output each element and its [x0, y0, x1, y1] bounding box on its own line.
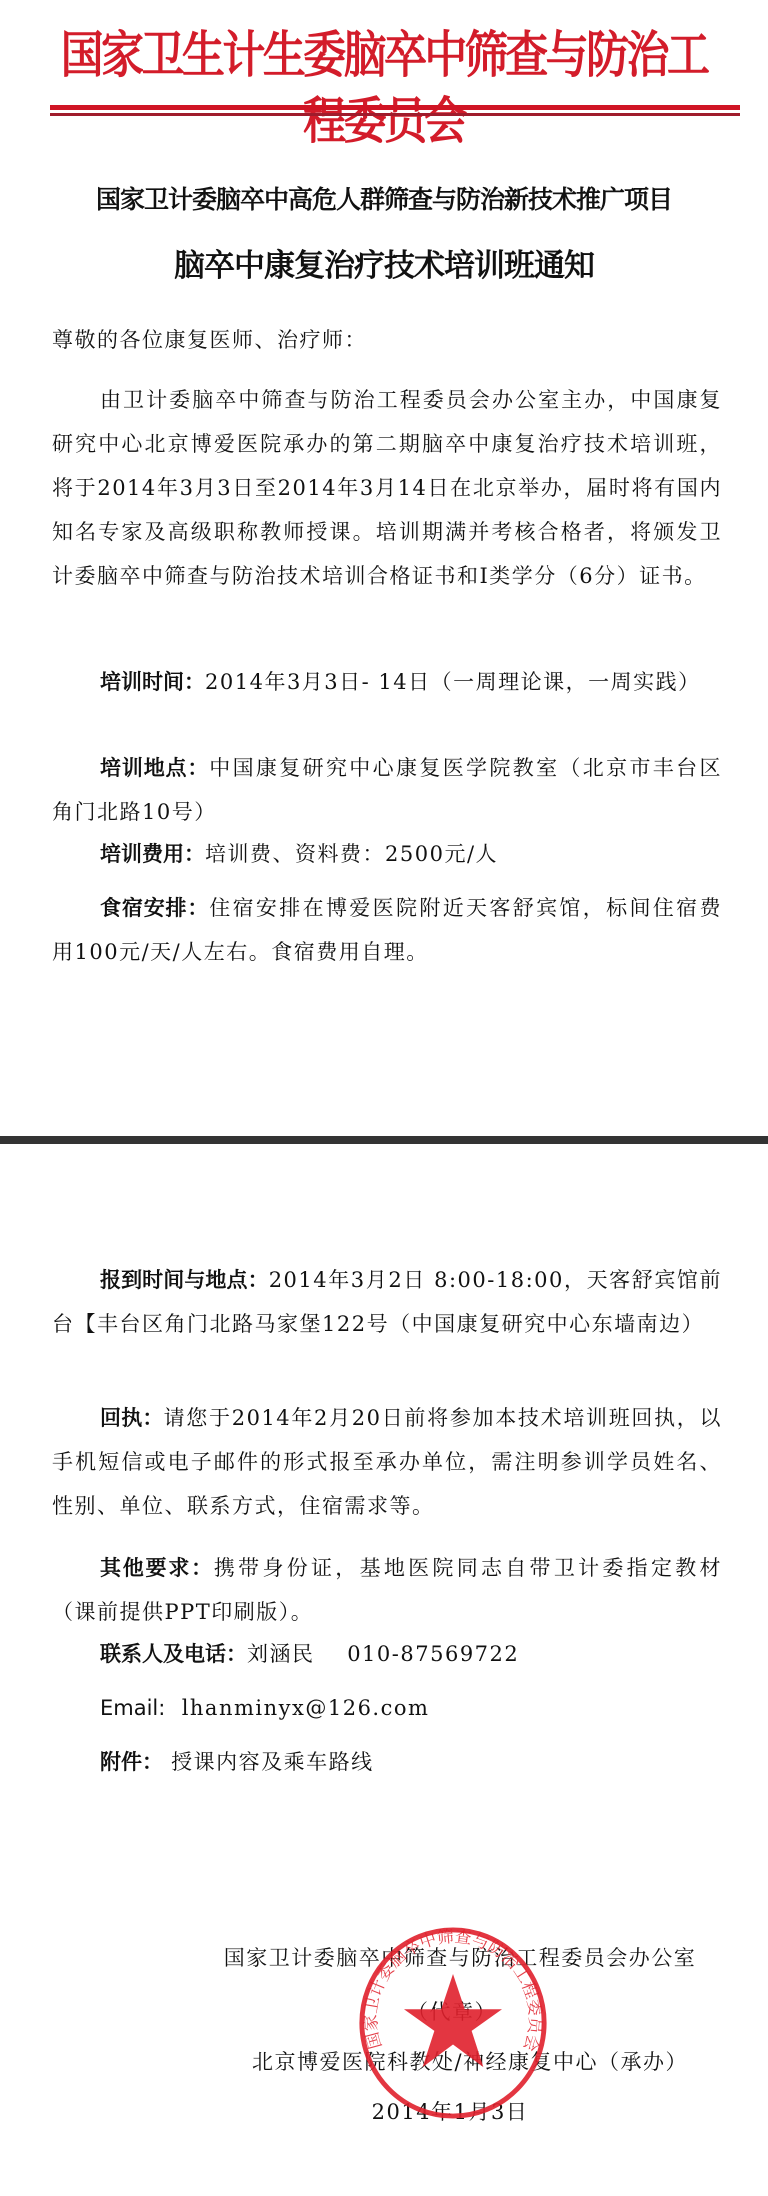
email-link[interactable]: lhanminyx@126.com: [165, 1696, 429, 1720]
item-accommodation: 食宿安排：住宿安排在博爱医院附近天客舒宾馆，标间住宿费用100元/天/人左右。食…: [52, 886, 722, 974]
masthead-rule-thin: [50, 113, 740, 116]
masthead-rule-thick: [50, 105, 740, 110]
item-label: 联系人及电话：: [100, 1642, 247, 1666]
item-value: 培训费、资料费：2500元/人: [205, 842, 498, 866]
item-training-location: 培训地点：中国康复研究中心康复医学院教室（北京市丰台区角门北路10号）: [52, 746, 722, 834]
notice-title: 脑卒中康复治疗技术培训班通知: [0, 240, 768, 285]
salutation: 尊敬的各位康复医师、治疗师：: [52, 318, 722, 362]
item-value: 刘涵民 010-87569722: [247, 1642, 519, 1666]
intro-paragraph: 由卫计委脑卒中筛查与防治工程委员会办公室主办，中国康复研究中心北京博爱医院承办的…: [52, 378, 722, 598]
item-training-time: 培训时间：2014年3月3日- 14日（一周理论课，一周实践）: [52, 660, 722, 704]
item-email: Email: lhanminyx@126.com: [52, 1686, 722, 1730]
item-receipt: 回执：请您于2014年2月20日前将参加本技术培训班回执，以手机短信或电子邮件的…: [52, 1396, 722, 1528]
item-label: Email:: [100, 1696, 165, 1720]
item-label: 报到时间与地点：: [100, 1268, 269, 1292]
item-label: 回执：: [100, 1406, 164, 1430]
item-value: 授课内容及乘车路线: [163, 1750, 374, 1774]
item-value: 2014年3月3日- 14日（一周理论课，一周实践）: [205, 670, 701, 694]
item-label: 培训时间：: [100, 670, 205, 694]
item-contact: 联系人及电话：刘涵民 010-87569722: [52, 1632, 722, 1676]
project-subtitle: 国家卫计委脑卒中高危人群筛查与防治新技术推广项目: [0, 180, 768, 216]
official-seal-icon: 国家卫计委脑卒中筛查与防治工程委员会办公室: [355, 1925, 551, 2121]
item-other-requirements: 其他要求：携带身份证，基地医院同志自带卫计委指定教材（课前提供PPT印刷版）。: [52, 1546, 722, 1634]
item-training-fee: 培训费用：培训费、资料费：2500元/人: [52, 832, 722, 876]
masthead-title: 国家卫生计生委脑卒中筛查与防治工程委员会: [54, 22, 714, 154]
page-separator: [0, 1136, 768, 1144]
item-label: 附件：: [100, 1750, 163, 1774]
item-label: 其他要求：: [100, 1556, 214, 1580]
item-label: 培训费用：: [100, 842, 205, 866]
item-attachment: 附件： 授课内容及乘车路线: [52, 1740, 722, 1784]
item-label: 食宿安排：: [100, 896, 209, 920]
item-label: 培训地点：: [100, 756, 209, 780]
item-registration: 报到时间与地点：2014年3月2日 8:00-18:00，天客舒宾馆前台【丰台区…: [52, 1258, 722, 1346]
